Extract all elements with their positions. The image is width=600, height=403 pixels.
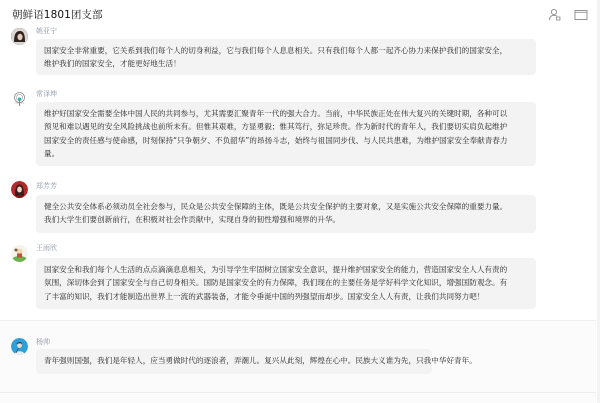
group-title: 朝鲜语1801团支部	[12, 7, 103, 22]
message-line: 青年强则国强，我们是年轻人，应当勇做时代的逐浪者，弄潮儿。复兴从此刻，辉煌在心中…	[44, 354, 424, 367]
avatar[interactable]	[11, 338, 28, 355]
message-line: 维护我们的国家安全，才能更好地生活！	[44, 57, 528, 70]
message-line: 我们大学生们要创新前行，在积极对社会作贡献中，实现自身的韧性增强和境界的升华。	[44, 213, 528, 226]
message-bubble: 国家安全非常重要，它关系到我们每个人的切身利益，它与我们每个人息息相关。只有我们…	[36, 39, 536, 75]
avatar[interactable]	[11, 28, 28, 45]
sender-name: 姚亚宁	[36, 26, 57, 36]
sender-name: 杨帅	[36, 337, 50, 347]
avatar[interactable]	[11, 181, 28, 198]
message-line: 量。	[44, 147, 528, 160]
message-line: 维护好国家安全需要全体中国人民的共同参与，尤其需要汇聚青年一代的强大合力。当前，…	[44, 107, 528, 120]
folder-icon[interactable]	[574, 6, 588, 19]
sender-name: 王雨欣	[36, 243, 57, 253]
avatar[interactable]	[11, 91, 28, 108]
message-line: 健全公共安全体系必须动员全社会参与，民众是公共安全保障的主体，既是公共安全保护的…	[44, 200, 528, 213]
message-line: 国家安全和我们每个人生活的点点滴滴息息相关，为引导学生牢固树立国家安全意识，提升…	[44, 263, 528, 276]
message-line: 氛围，深切体会到了国家安全与自己切身相关。国防是国家安全的有力保障，我们现在的主…	[44, 276, 528, 289]
sender-name: 常泽坤	[36, 89, 57, 99]
message-line: 了丰富的知识，我们才能制造出世界上一流的武器装备，才能令垂涎中国的列强望而却步。…	[44, 290, 528, 303]
avatar[interactable]	[11, 245, 28, 262]
message-line: 预见和难以遇见的安全风险挑战也前所未有。但惟其艰难，方显勇毅；惟其笃行，弥足珍贵…	[44, 120, 528, 133]
message-line: 国家安全非常重要，它关系到我们每个人的切身利益，它与我们每个人息息相关。只有我们…	[44, 44, 528, 57]
message-bubble: 青年强则国强，我们是年轻人，应当勇做时代的逐浪者，弄潮儿。复兴从此刻，辉煌在心中…	[36, 349, 432, 374]
message-bubble: 国家安全和我们每个人生活的点点滴滴息息相关，为引导学生牢固树立国家安全意识，提升…	[36, 258, 536, 309]
message-bubble: 维护好国家安全需要全体中国人民的共同参与，尤其需要汇聚青年一代的强大合力。当前，…	[36, 102, 536, 166]
user-settings-icon[interactable]	[548, 6, 562, 19]
chat-header: 朝鲜语1801团支部	[0, 0, 600, 26]
sender-name: 郑芳芳	[36, 181, 57, 191]
message-line: 国家安全的责任感与使命感，时刻保持“只争朝夕、不负韶华”的昂扬斗志，始终与祖国同…	[44, 134, 528, 147]
header-actions	[548, 6, 588, 19]
divider	[0, 392, 596, 393]
message-bubble: 健全公共安全体系必须动员全社会参与，民众是公共安全保障的主体，既是公共安全保护的…	[36, 195, 536, 233]
